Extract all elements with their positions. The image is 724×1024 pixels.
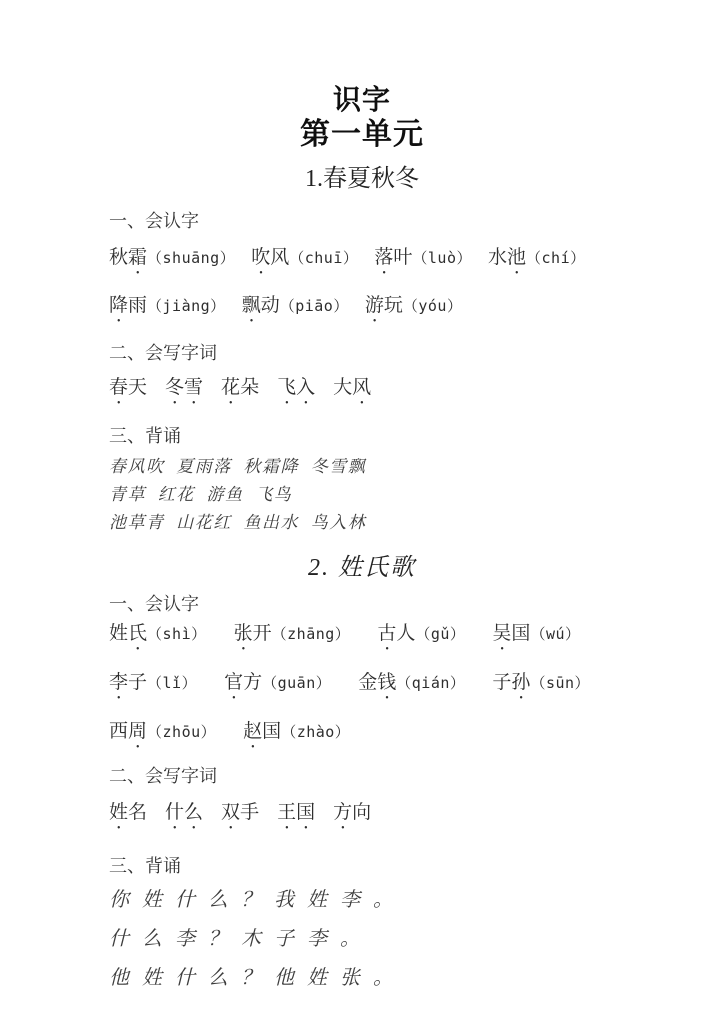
word-entry: 吹风（chuī） xyxy=(251,246,358,279)
hanzi-emphasized: 王国 xyxy=(277,802,315,823)
word-entry: 落叶（luò） xyxy=(374,246,472,279)
lesson-1-heading-write: 二、会写字词 xyxy=(109,342,615,364)
hanzi-emphasized: 孙 xyxy=(511,672,530,693)
word-entry: 子孙（sūn） xyxy=(492,671,590,704)
word-entry: 飘动（piāo） xyxy=(242,294,349,327)
hanzi-emphasized: 降 xyxy=(109,295,128,316)
word-entry: 官方（guān） xyxy=(224,671,331,704)
lesson-1-heading-recite: 三、背诵 xyxy=(109,425,615,447)
lesson-2-heading-recognize: 一、会认字 xyxy=(109,593,615,615)
hanzi-emphasized: 吹 xyxy=(251,247,270,268)
hanzi: 手 xyxy=(240,802,259,823)
hanzi: 开 xyxy=(253,623,272,644)
lesson-2: 2. 姓氏歌 一、会认字 姓氏（shì）张开（zhāng）古人（gǔ）吴国（wú… xyxy=(109,553,615,991)
hanzi-emphasized: 姓 xyxy=(109,802,128,823)
word-entry: 西周（zhōu） xyxy=(109,720,216,753)
lesson-2-title: 2. 姓氏歌 xyxy=(109,553,615,583)
hanzi: 人 xyxy=(396,623,415,644)
hanzi-emphasized: 李 xyxy=(109,672,128,693)
hanzi-emphasized: 什么 xyxy=(165,802,203,823)
word-entry: 李子（lǐ） xyxy=(109,671,197,704)
word-entry: 秋霜（shuāng） xyxy=(109,246,235,279)
hanzi-emphasized: 春 xyxy=(109,377,128,398)
lesson-1-recognize-words: 秋霜（shuāng）吹风（chuī）落叶（luò）水池（chí）降雨（jiàng… xyxy=(109,246,615,327)
lesson-1-recite-block: 春风吹 夏雨落 秋霜降 冬雪飘 青草 红花 游鱼 飞鸟 池草青 山花红 鱼出水 … xyxy=(109,453,615,537)
recite-line: 他姓什么？他姓张。 xyxy=(109,965,615,991)
word-row: 西周（zhōu）赵国（zhào） xyxy=(109,720,615,753)
hanzi: 大 xyxy=(333,377,352,398)
lesson-1-heading-recognize: 一、会认字 xyxy=(109,210,615,232)
word-entry: 姓氏（shì） xyxy=(109,622,207,655)
word-entry: 姓名 xyxy=(109,801,147,834)
hanzi-emphasized: 赵 xyxy=(243,721,262,742)
lesson-2-heading-write: 二、会写字词 xyxy=(109,765,615,787)
hanzi-emphasized: 氏 xyxy=(128,623,147,644)
hanzi: 朵 xyxy=(240,377,259,398)
lesson-2-recite-block: 你姓什么？我姓李。 什么李？木子李。 他姓什么？他姓张。 xyxy=(109,887,615,991)
lesson-1-title: 1.春夏秋冬 xyxy=(109,164,615,194)
lesson-2-write-words: 姓名什么双手王国方向 xyxy=(109,801,615,834)
hanzi: 西 xyxy=(109,721,128,742)
recite-line: 什么李？木子李。 xyxy=(109,926,615,952)
hanzi-emphasized: 吴 xyxy=(492,623,511,644)
word-row: 姓氏（shì）张开（zhāng）古人（gǔ）吴国（wú） xyxy=(109,622,615,655)
hanzi-emphasized: 落 xyxy=(374,247,393,268)
word-entry: 张开（zhāng） xyxy=(234,622,351,655)
page-content: 识字 第一单元 1.春夏秋冬 一、会认字 秋霜（shuāng）吹风（chuī）落… xyxy=(109,0,615,991)
lesson-2-recognize-words: 姓氏（shì）张开（zhāng）古人（gǔ）吴国（wú）李子（lǐ）官方（guā… xyxy=(109,622,615,753)
word-entry: 王国 xyxy=(277,801,315,834)
pinyin: （chuī） xyxy=(289,249,358,267)
pinyin: （chí） xyxy=(526,249,586,267)
word-entry: 吴国（wú） xyxy=(492,622,580,655)
hanzi: 金 xyxy=(358,672,377,693)
word-entry: 冬雪 xyxy=(165,376,203,409)
hanzi: 方 xyxy=(243,672,262,693)
hanzi: 子 xyxy=(128,672,147,693)
pinyin: （piāo） xyxy=(280,297,349,315)
pinyin: （sūn） xyxy=(530,674,590,692)
hanzi-emphasized: 双 xyxy=(221,802,240,823)
lesson-1-write-words: 春天冬雪花朵飞入大风 xyxy=(109,376,615,409)
recite-line: 春风吹 夏雨落 秋霜降 冬雪飘 xyxy=(109,453,615,481)
hanzi: 子 xyxy=(492,672,511,693)
pinyin: （guān） xyxy=(262,674,331,692)
hanzi: 名 xyxy=(128,802,147,823)
pinyin: （zhāng） xyxy=(272,625,351,643)
pinyin: （yóu） xyxy=(403,297,463,315)
word-entry: 什么 xyxy=(165,801,203,834)
hanzi-emphasized: 古 xyxy=(377,623,396,644)
hanzi: 叶 xyxy=(393,247,412,268)
hanzi: 动 xyxy=(261,295,280,316)
unit-title: 第一单元 xyxy=(109,118,615,152)
hanzi: 向 xyxy=(352,802,371,823)
hanzi-emphasized: 飞入 xyxy=(277,377,315,398)
hanzi-emphasized: 张 xyxy=(234,623,253,644)
hanzi-emphasized: 冬雪 xyxy=(165,377,203,398)
pinyin: （zhōu） xyxy=(147,723,216,741)
pinyin: （lǐ） xyxy=(147,674,197,692)
pinyin: （qián） xyxy=(396,674,465,692)
word-entry: 游玩（yóu） xyxy=(365,294,463,327)
hanzi-emphasized: 钱 xyxy=(377,672,396,693)
word-row: 李子（lǐ）官方（guān）金钱（qián）子孙（sūn） xyxy=(109,671,615,704)
recite-line: 你姓什么？我姓李。 xyxy=(109,887,615,913)
word-entry: 赵国（zhào） xyxy=(243,720,350,753)
hanzi-emphasized: 花 xyxy=(221,377,240,398)
hanzi-emphasized: 游 xyxy=(365,295,384,316)
word-entry: 水池（chí） xyxy=(488,246,586,279)
document-page: 识字 第一单元 1.春夏秋冬 一、会认字 秋霜（shuāng）吹风（chuī）落… xyxy=(0,0,724,1024)
word-row: 姓名什么双手王国方向 xyxy=(109,801,615,834)
word-entry: 方向 xyxy=(333,801,371,834)
pinyin: （gǔ） xyxy=(415,625,465,643)
hanzi: 风 xyxy=(270,247,289,268)
word-entry: 古人（gǔ） xyxy=(377,622,465,655)
word-entry: 降雨（jiàng） xyxy=(109,294,226,327)
pinyin: （shì） xyxy=(147,625,207,643)
recite-line: 池草青 山花红 鱼出水 鸟入林 xyxy=(109,509,615,537)
word-entry: 大风 xyxy=(333,376,371,409)
hanzi: 姓 xyxy=(109,623,128,644)
word-entry: 飞入 xyxy=(277,376,315,409)
word-entry: 花朵 xyxy=(221,376,259,409)
recite-line: 青草 红花 游鱼 飞鸟 xyxy=(109,481,615,509)
doc-title: 识字 xyxy=(109,84,615,116)
hanzi: 国 xyxy=(262,721,281,742)
hanzi-emphasized: 池 xyxy=(507,247,526,268)
hanzi: 国 xyxy=(511,623,530,644)
lesson-2-heading-recite: 三、背诵 xyxy=(109,855,615,877)
word-entry: 金钱（qián） xyxy=(358,671,465,704)
hanzi-emphasized: 方 xyxy=(333,802,352,823)
word-row: 春天冬雪花朵飞入大风 xyxy=(109,376,615,409)
pinyin: （zhào） xyxy=(281,723,350,741)
hanzi-emphasized: 霜 xyxy=(128,247,147,268)
pinyin: （wú） xyxy=(530,625,580,643)
hanzi-emphasized: 飘 xyxy=(242,295,261,316)
hanzi: 玩 xyxy=(384,295,403,316)
hanzi-emphasized: 周 xyxy=(128,721,147,742)
hanzi: 天 xyxy=(128,377,147,398)
lesson-1: 1.春夏秋冬 一、会认字 秋霜（shuāng）吹风（chuī）落叶（luò）水池… xyxy=(109,164,615,537)
hanzi: 秋 xyxy=(109,247,128,268)
pinyin: （jiàng） xyxy=(147,297,226,315)
hanzi-emphasized: 官 xyxy=(224,672,243,693)
hanzi: 水 xyxy=(488,247,507,268)
word-row: 降雨（jiàng）飘动（piāo）游玩（yóu） xyxy=(109,294,615,327)
word-entry: 春天 xyxy=(109,376,147,409)
word-row: 秋霜（shuāng）吹风（chuī）落叶（luò）水池（chí） xyxy=(109,246,615,279)
pinyin: （shuāng） xyxy=(147,249,235,267)
pinyin: （luò） xyxy=(412,249,472,267)
word-entry: 双手 xyxy=(221,801,259,834)
hanzi: 雨 xyxy=(128,295,147,316)
hanzi-emphasized: 风 xyxy=(352,377,371,398)
